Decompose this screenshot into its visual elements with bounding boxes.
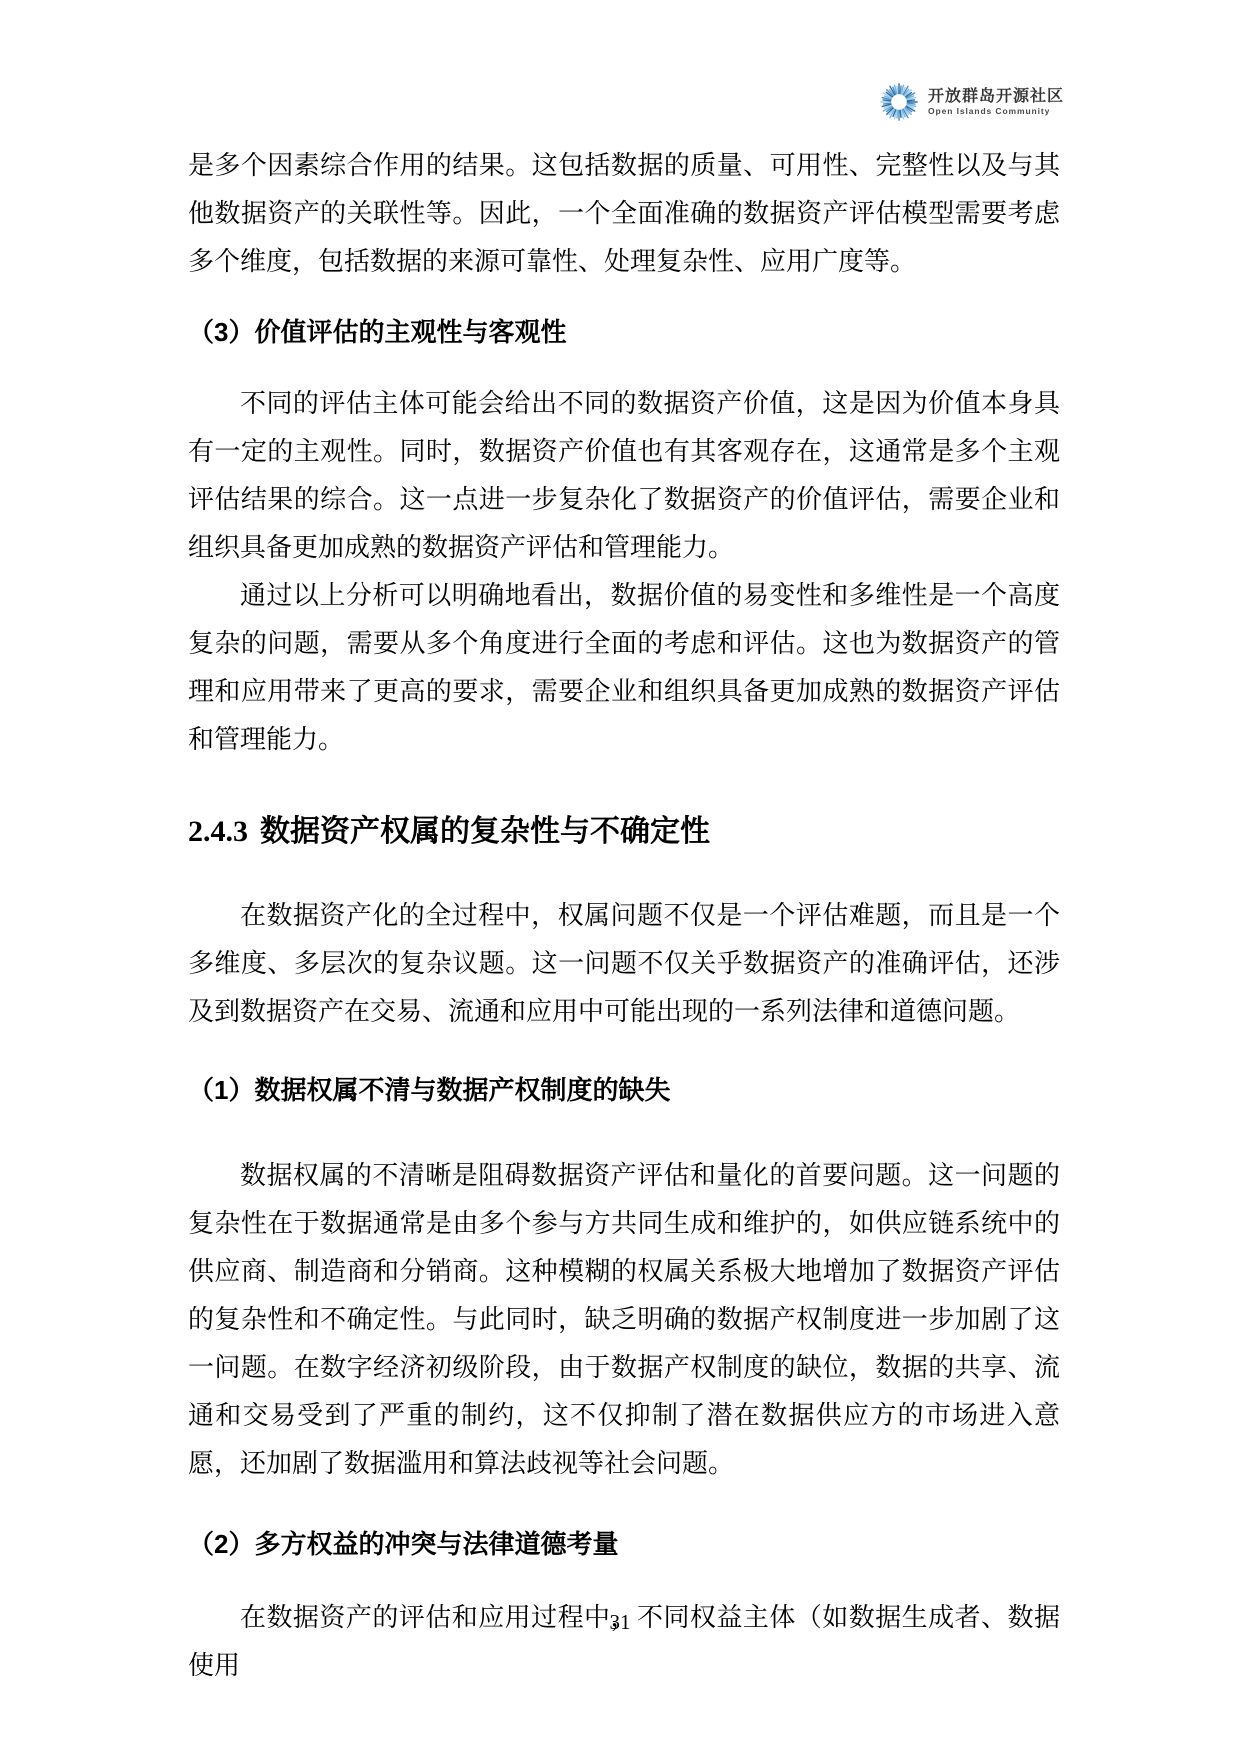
subsection-3-paragraph-2: 通过以上分析可以明确地看出，数据价值的易变性和多维性是一个高度复杂的问题，需要从… — [188, 572, 1060, 764]
subsection-2-heading: （2）多方权益的冲突与法律道德考量 — [188, 1520, 1060, 1568]
subsection-3-paragraph-1: 不同的评估主体可能会给出不同的数据资产价值，这是因为价值本身具有一定的主观性。同… — [188, 380, 1060, 572]
subsection-1-heading: （1）数据权属不清与数据产权制度的缺失 — [188, 1066, 1060, 1114]
section-title: 数据资产权属的复杂性与不确定性 — [260, 815, 710, 848]
subsection-3-heading: （3）价值评估的主观性与客观性 — [188, 308, 1060, 356]
document-page: 开放群岛开源社区 Open Islands Community 是多个因素综合作… — [0, 0, 1240, 1753]
continuation-paragraph: 是多个因素综合作用的结果。这包括数据的质量、可用性、完整性以及与其他数据资产的关… — [188, 142, 1060, 286]
section-2-4-3-heading: 2.4.3数据资产权属的复杂性与不确定性 — [188, 806, 1060, 858]
page-number: 31 — [0, 1608, 1240, 1636]
section-number: 2.4.3 — [188, 815, 248, 848]
subsection-1-paragraph: 数据权属的不清晰是阻碍数据资产评估和量化的首要问题。这一问题的复杂性在于数据通常… — [188, 1152, 1060, 1488]
section-2-4-3-paragraph: 在数据资产化的全过程中，权属问题不仅是一个评估难题，而且是一个多维度、多层次的复… — [188, 892, 1060, 1036]
document-body: 是多个因素综合作用的结果。这包括数据的质量、可用性、完整性以及与其他数据资产的关… — [188, 0, 1060, 1690]
